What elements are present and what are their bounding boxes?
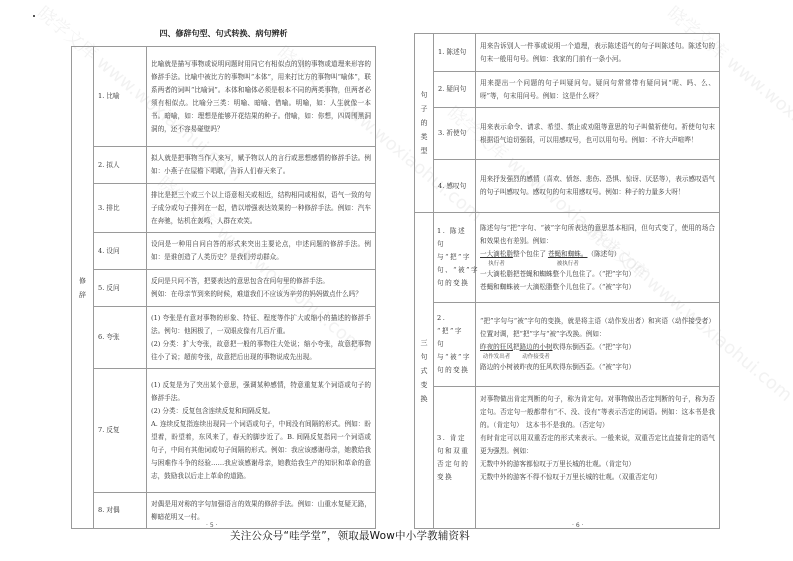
item-label: 4. 设问 [94,233,147,270]
table-row: 3. 肯定句和双重否定句的变换 对事物做出肯定判断的句子，称为肯定句。对事物做出… [415,387,720,529]
item-label: 1. 陈述句 [434,34,476,72]
item-description: 反问是只问不答，把要表达的意思包含在问句里的修辞手法。 例如：在母亲节到来的时候… [147,270,376,307]
item-description: 用来告诉别人一件事或说明一个道理，表示陈述语气的句子叫陈述句。陈述句的句末一般用… [476,34,720,72]
item-description: 用来提出一个问题的句子叫疑问句。疑问句常常带有疑问词“呢、吗、么、呀”等，句末用… [476,72,720,108]
item-description: 拟人就是把事物当作人来写，赋予物以人的言行或思想感情的修辞手法。例如：小燕子在屋… [147,147,376,184]
item-description: 陈述句与“把”字句、“被”字句所表达的意思基本相同，但句式变了，使用的场合和效果… [476,213,720,303]
item-description: 用来表示命令、请求、希望、禁止或劝阻等意思的句子叫做祈使句。祈使句句末根据语气迫… [476,108,720,160]
group-label-rhetoric: 修 辞 [72,47,94,529]
scan-speck [33,15,35,17]
item-label: 1. 陈述句与“把”字句、“被”字句的变换 [434,213,476,303]
sentence-table: 句 子 的 类 型 1. 陈述句 用来告诉别人一件事或说明一个道理，表示陈述语气… [414,33,720,529]
annotated-example: 一大滴松脂 执行者 整个包住了 苍蝇和蜘蛛。 被执行者 （陈述句） [480,248,715,268]
table-row: 4. 感叹句 用来抒发强烈的感情（喜欢、愤怒、悲伤、恐惧、惊讶、厌恶等），表示感… [415,160,720,213]
item-description: 比喻就是描写事物或说明问题时用同它有相似点的别的事物或道理来形容的修辞手法。比喻… [147,47,376,147]
item-description: (1) 反复是为了突出某个意思，强调某种感情，特意重复某个词语或句子的修辞手法。… [147,369,376,493]
table-row: 3. 排比 排比是把三个或三个以上语意相关或相近，结构相同或相似，语气一致的句子… [72,184,376,233]
item-label: 3. 祈使句 [434,108,476,160]
item-label: 2. 疑问句 [434,72,476,108]
table-row: 8. 对偶 对偶是用对称的字句加强语言的效果的修辞手法。例如：山重水复疑无路，柳… [72,493,376,529]
item-description: 设问是一种用自问自答的形式来突出主要论点，申述问题的修辞手法。例如：是谁创造了人… [147,233,376,270]
annotated-example: 昨夜的狂风 动作发出者 把 路边的小树 动作接受者 吹得东倒西歪。（“把”字句） [480,341,715,361]
item-label: 4. 感叹句 [434,160,476,213]
item-label: 2. “把”字句与“被”字句的变换 [434,303,476,387]
item-label: 8. 对偶 [94,493,147,529]
table-row: 修 辞 1. 比喻 比喻就是描写事物或说明问题时用同它有相似点的别的事物或道理来… [72,47,376,147]
table-row: 2. “把”字句与“被”字句的变换 “把”字句与“被”字句的变换，就是将主语（动… [415,303,720,387]
item-label: 3. 肯定句和双重否定句的变换 [434,387,476,529]
table-row: 三 句 式 变 换 1. 陈述句与“把”字句、“被”字句的变换 陈述句与“把”字… [415,213,720,303]
item-label: 6. 夸张 [94,307,147,369]
item-description: (1) 夸张是有意对事物的形象、特征、程度等作扩大或缩小的描述的修辞手法。例句：… [147,307,376,369]
promo-banner: 关注公众号“哇学堂”，领取最Wow中小学教辅资料 [230,528,470,543]
item-description: 用来抒发强烈的感情（喜欢、愤怒、悲伤、恐惧、惊讶、厌恶等），表示感叹语气的句子叫… [476,160,720,213]
group-label-sentence-conversion: 三 句 式 变 换 [415,213,434,529]
table-row: 2. 疑问句 用来提出一个问题的句子叫疑问句。疑问句常常带有疑问词“呢、吗、么、… [415,72,720,108]
rhetoric-table: 修 辞 1. 比喻 比喻就是描写事物或说明问题时用同它有相似点的别的事物或道理来… [71,46,376,529]
item-description: 对偶是用对称的字句加强语言的效果的修辞手法。例如：山重水复疑无路，柳暗花明又一村… [147,493,376,529]
item-label: 3. 排比 [94,184,147,233]
table-row: 6. 夸张 (1) 夸张是有意对事物的形象、特征、程度等作扩大或缩小的描述的修辞… [72,307,376,369]
table-row: 5. 反问 反问是只问不答，把要表达的意思包含在问句里的修辞手法。 例如：在母亲… [72,270,376,307]
page-number: · 6 · [572,522,583,529]
table-row: 4. 设问 设问是一种用自问自答的形式来突出主要论点，申述问题的修辞手法。例如：… [72,233,376,270]
item-label: 7. 反复 [94,369,147,493]
table-row: 2. 拟人 拟人就是把事物当作人来写，赋予物以人的言行或思想感情的修辞手法。例如… [72,147,376,184]
item-description: 排比是把三个或三个以上语意相关或相近，结构相同或相似，语气一致的句子成分或句子排… [147,184,376,233]
page-number: · 5 · [206,522,217,529]
table-row: 句 子 的 类 型 1. 陈述句 用来告诉别人一件事或说明一个道理，表示陈述语气… [415,34,720,72]
item-label: 1. 比喻 [94,47,147,147]
item-description: “把”字句与“被”字句的变换，就是将主语（动作发出者）和宾语（动作接受者）位置对… [476,303,720,387]
section-title: 四、修辞句型、句式转换、病句辨析 [71,28,376,39]
table-row: 7. 反复 (1) 反复是为了突出某个意思，强调某种感情，特意重复某个词语或句子… [72,369,376,493]
item-description: 对事物做出肯定判断的句子，称为肯定句。对事物做出否定判断的句子，称为否定句。否定… [476,387,720,529]
table-row: 3. 祈使句 用来表示命令、请求、希望、禁止或劝阻等意思的句子叫做祈使句。祈使句… [415,108,720,160]
item-label: 5. 反问 [94,270,147,307]
group-label-sentence-types: 句 子 的 类 型 [415,34,434,213]
item-label: 2. 拟人 [94,147,147,184]
